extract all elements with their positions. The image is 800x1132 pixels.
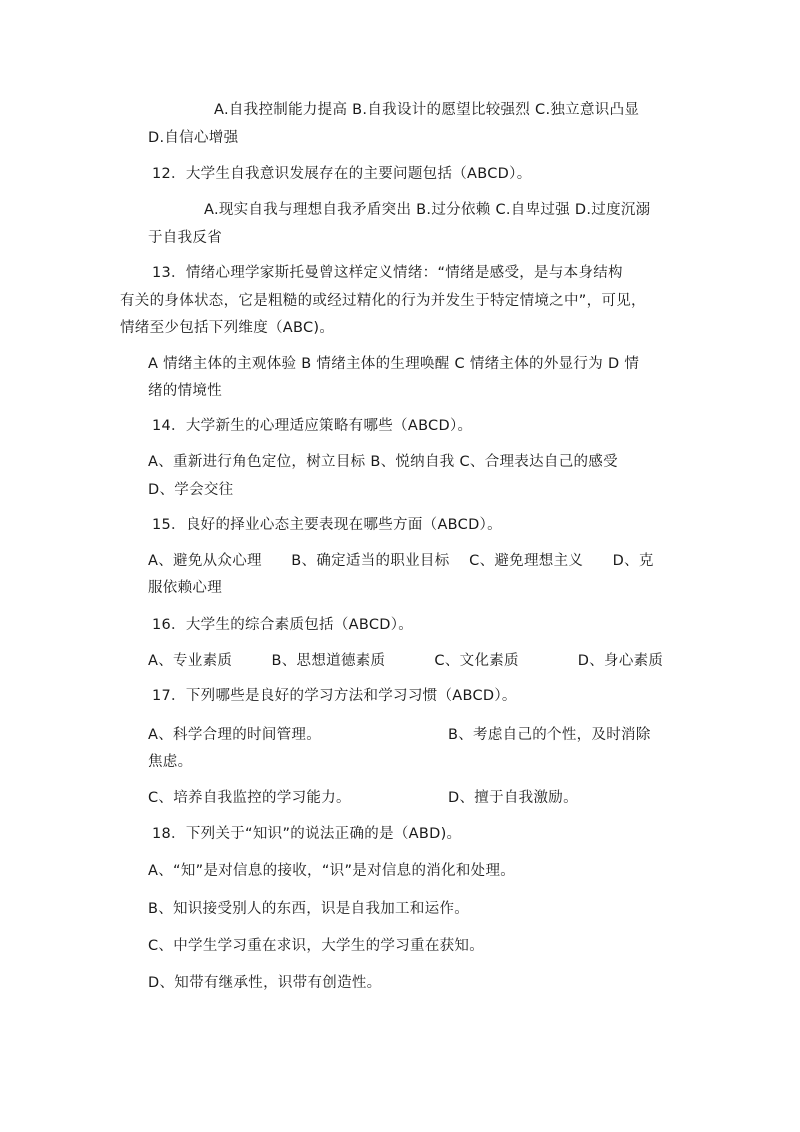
question-14: 14．大学新生的心理适应策略有哪些（ABCD）。 [152,416,472,436]
q11-options-line-2: D.自信心增强 [148,128,238,148]
question-16: 16．大学生的综合素质包括（ABCD）。 [152,615,413,635]
document-page: A.自我控制能力提高 B.自我设计的愿望比较强烈 C.独立意识凸显 D.自信心增… [0,0,800,1132]
q17-option-a: A、科学合理的时间管理。 [148,725,321,745]
question-13-line-2: 有关的身体状态，它是粗糙的或经过精化的行为并发生于特定情境之中”，可见， [120,291,646,311]
q17-option-b-cont: 焦虑。 [148,752,192,772]
q15-options-line-1: A、避免从众心理 B、确定适当的职业目标 C、避免理想主义 D、克 [148,551,654,571]
q18-option-c: C、中学生学习重在求识，大学生的学习重在获知。 [148,936,484,956]
q14-options-line-2: D、学会交往 [148,480,233,500]
question-15: 15．良好的择业心态主要表现在哪些方面（ABCD）。 [152,515,502,535]
question-17: 17．下列哪些是良好的学习方法和学习习惯（ABCD）。 [152,686,517,706]
q18-option-d: D、知带有继承性，识带有创造性。 [148,973,381,993]
question-12: 12．大学生自我意识发展存在的主要问题包括（ABCD）。 [152,164,532,184]
q16-options: A、专业素质 B、思想道德素质 C、文化素质 D、身心素质 [148,651,663,671]
q17-option-d: D、擅于自我激励。 [448,788,578,808]
q11-options-line-1: A.自我控制能力提高 B.自我设计的愿望比较强烈 C.独立意识凸显 [214,100,639,120]
q13-options-line-2: 绪的情境性 [148,381,222,401]
q12-options-line-2: 于自我反省 [148,228,222,248]
question-13-line-1: 13．情绪心理学家斯托曼曾这样定义情绪：“情绪是感受，是与本身结构 [152,263,623,283]
q17-option-c: C、培养自我监控的学习能力。 [148,788,351,808]
q18-option-b: B、知识接受别人的东西，识是自我加工和运作。 [148,899,469,919]
q15-options-line-2: 服依赖心理 [148,578,222,598]
q18-option-a: A、“知”是对信息的接收，“识”是对信息的消化和处理。 [148,861,515,881]
q12-options-line-1: A.现实自我与理想自我矛盾突出 B.过分依赖 C.自卑过强 D.过度沉溺 [204,200,650,220]
question-13-line-3: 情绪至少包括下列维度（ABC)。 [120,318,334,338]
q13-options-line-1: A 情绪主体的主观体验 B 情绪主体的生理唤醒 C 情绪主体的外显行为 D 情 [148,354,639,374]
q17-option-b: B、考虑自己的个性，及时消除 [448,725,651,745]
q14-options-line-1: A、重新进行角色定位，树立目标 B、悦纳自我 C、合理表达自己的感受 [148,452,618,472]
question-18: 18．下列关于“知识”的说法正确的是（ABD)。 [152,824,461,844]
